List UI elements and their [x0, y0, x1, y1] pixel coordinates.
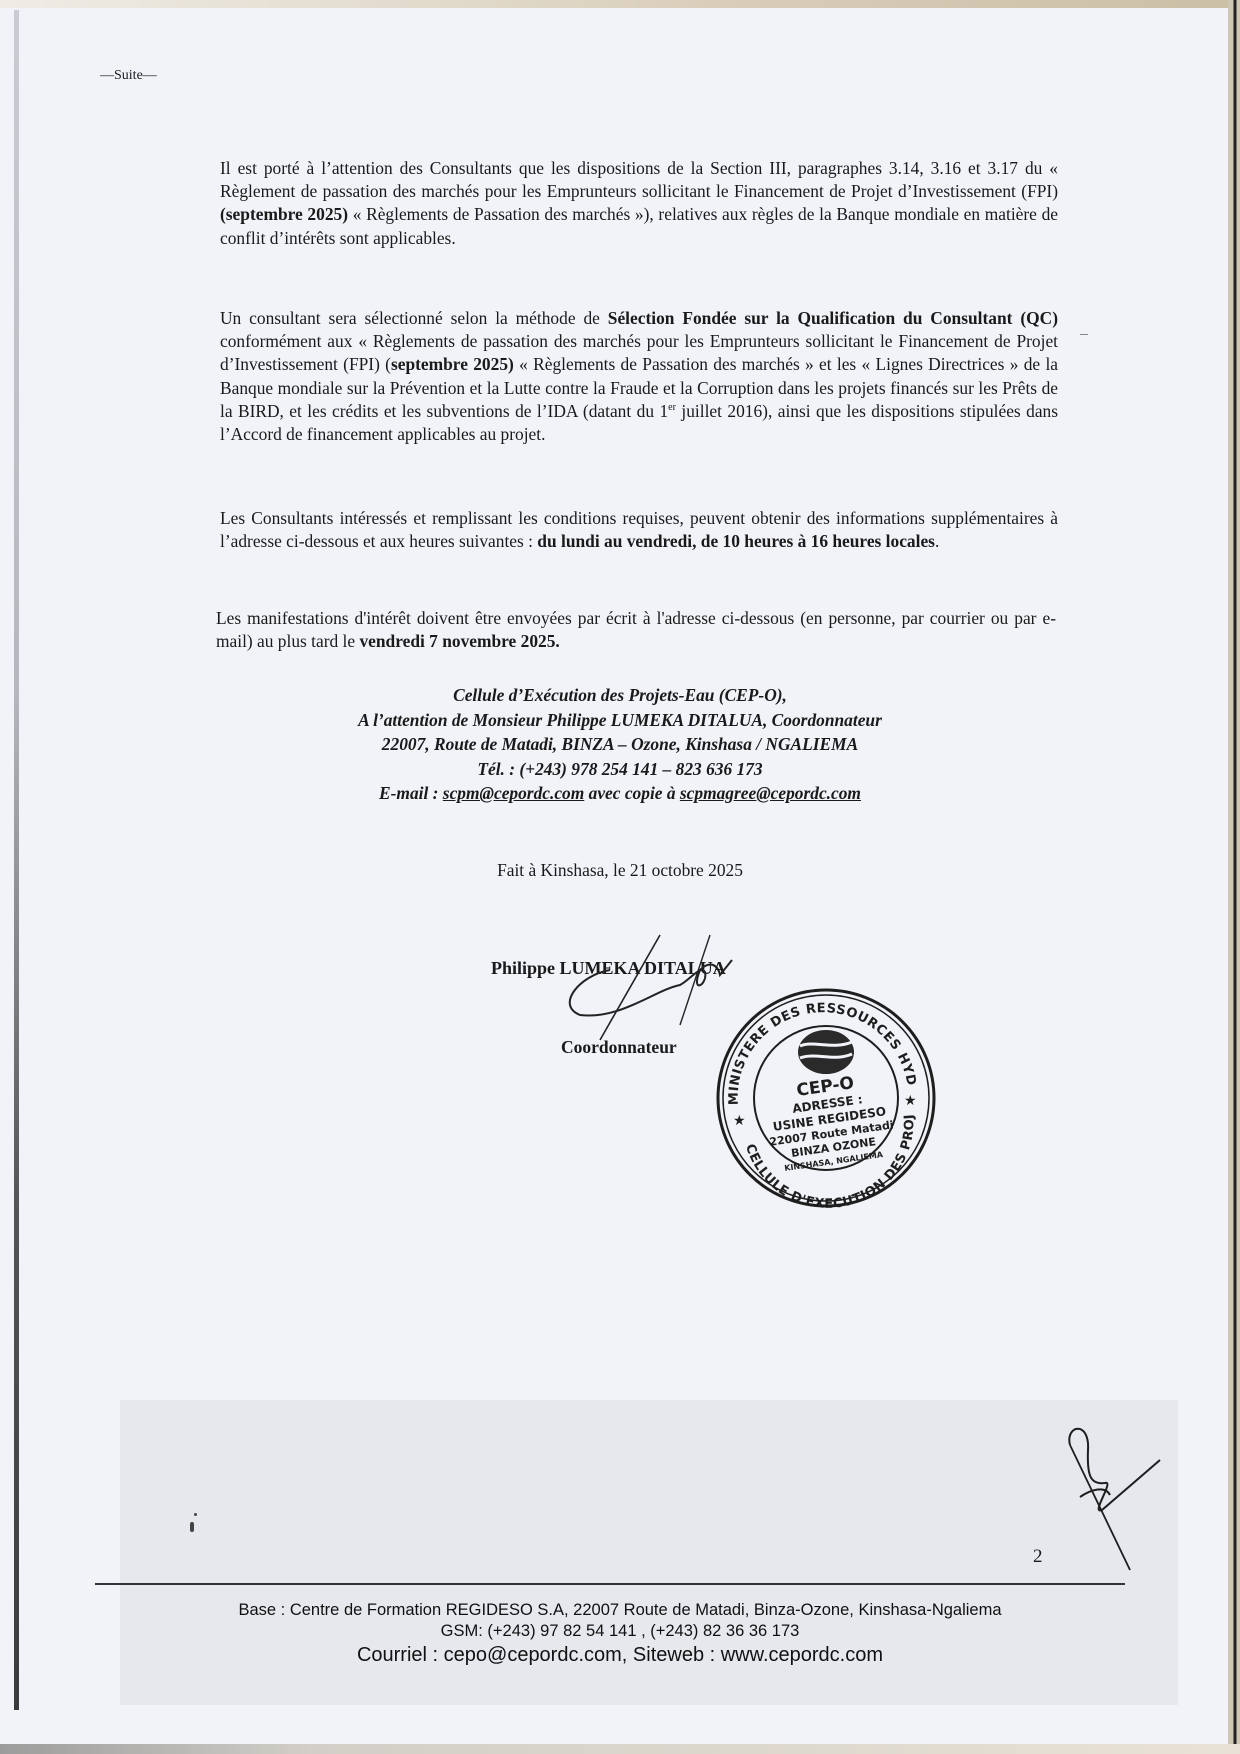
- bold-text: septembre 2025): [391, 354, 514, 374]
- page-number: 2: [1033, 1546, 1043, 1568]
- superscript: er: [668, 402, 676, 413]
- bold-text: Sélection Fondée sur la Qualification du…: [608, 308, 1058, 328]
- margin-mark: [1080, 334, 1088, 335]
- email-primary-link[interactable]: scpm@cepordc.com: [443, 783, 584, 803]
- email-label: E-mail :: [379, 783, 443, 803]
- bold-text: vendredi 7 novembre 2025.: [359, 631, 559, 651]
- scan-speck: [194, 1513, 197, 1516]
- scan-speck: [190, 1522, 194, 1532]
- scan-bottom-edge: [0, 1744, 1240, 1754]
- svg-text:★: ★: [733, 1114, 746, 1129]
- address-line: 22007, Route de Matadi, BINZA – Ozone, K…: [240, 732, 1000, 757]
- scan-right-border: [1228, 0, 1240, 1754]
- email-copy-link[interactable]: scpmagree@cepordc.com: [680, 783, 861, 803]
- paragraph-submission-deadline: Les manifestations d'intérêt doivent êtr…: [216, 607, 1056, 653]
- footer-phone: GSM: (+243) 97 82 54 141 , (+243) 82 36 …: [140, 1621, 1100, 1642]
- continuation-label: —Suite—: [100, 68, 157, 84]
- bold-text: (septembre 2025): [220, 204, 348, 224]
- footer-base-address: Base : Centre de Formation REGIDESO S.A,…: [140, 1600, 1100, 1621]
- bold-text: du lundi au vendredi, de 10 heures à 16 …: [537, 531, 935, 551]
- svg-text:★: ★: [904, 1094, 917, 1109]
- phone-line: Tél. : (+243) 978 254 141 – 823 636 173: [240, 757, 1000, 782]
- copy-label: avec copie à: [584, 783, 680, 803]
- scan-left-border: [14, 10, 19, 1710]
- address-line: A l’attention de Monsieur Philippe LUMEK…: [240, 708, 1000, 733]
- letterhead-footer: Base : Centre de Formation REGIDESO S.A,…: [140, 1600, 1100, 1668]
- initials-signature-icon: [1050, 1425, 1170, 1575]
- paragraph-conflict-of-interest: Il est porté à l’attention des Consultan…: [220, 157, 1058, 250]
- text: Les manifestations d'intérêt doivent êtr…: [216, 608, 1056, 651]
- text: Un consultant sera sélectionné selon la …: [220, 308, 608, 328]
- address-line: Cellule d’Exécution des Projets-Eau (CEP…: [240, 683, 1000, 708]
- footer-email-website: Courriel : cepo@cepordc.com, Siteweb : w…: [140, 1642, 1100, 1668]
- paragraph-selection-method: Un consultant sera sélectionné selon la …: [220, 307, 1058, 446]
- paragraph-information-hours: Les Consultants intéressés et remplissan…: [220, 507, 1058, 553]
- text: Il est porté à l’attention des Consultan…: [220, 158, 1058, 201]
- contact-address-block: Cellule d’Exécution des Projets-Eau (CEP…: [240, 683, 1000, 806]
- footer-divider: [95, 1583, 1125, 1585]
- place-and-date: Fait à Kinshasa, le 21 octobre 2025: [420, 860, 820, 881]
- text: .: [935, 531, 939, 551]
- official-stamp-icon: MINISTERE DES RESSOURCES HYDRAULIQUES ET…: [708, 980, 938, 1210]
- email-line: E-mail : scpm@cepordc.com avec copie à s…: [240, 781, 1000, 806]
